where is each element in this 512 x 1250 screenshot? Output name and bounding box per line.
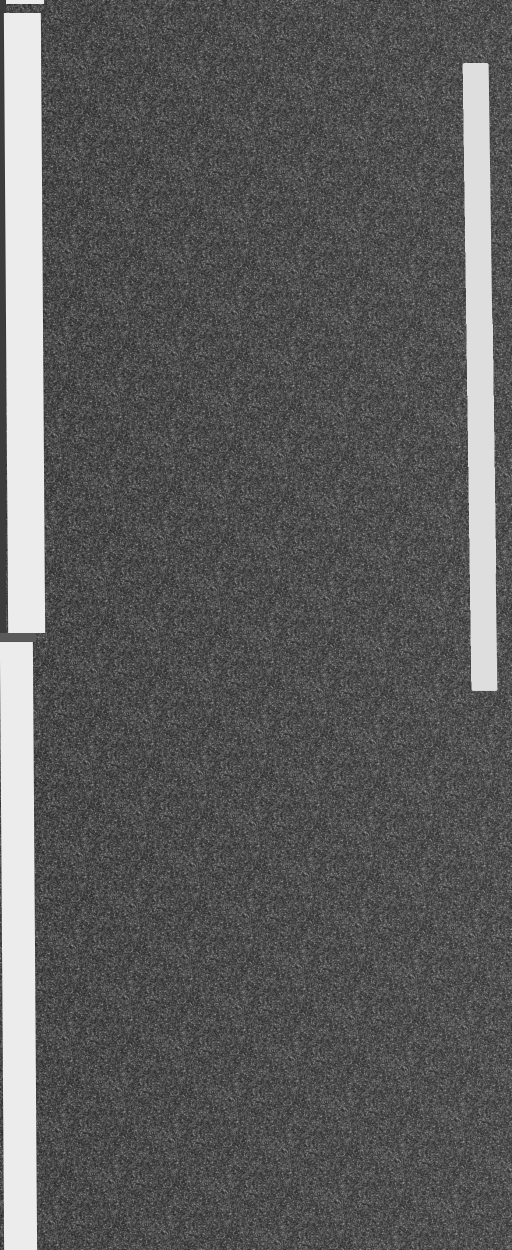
left-edge-line-upper: [4, 13, 45, 633]
asphalt-texture: [0, 0, 512, 1250]
left-edge-line-lower: [0, 642, 37, 1250]
road-surface: [0, 0, 512, 1250]
edge-line-top-fragment: [6, 0, 44, 4]
edge-line-seam: [0, 633, 36, 642]
